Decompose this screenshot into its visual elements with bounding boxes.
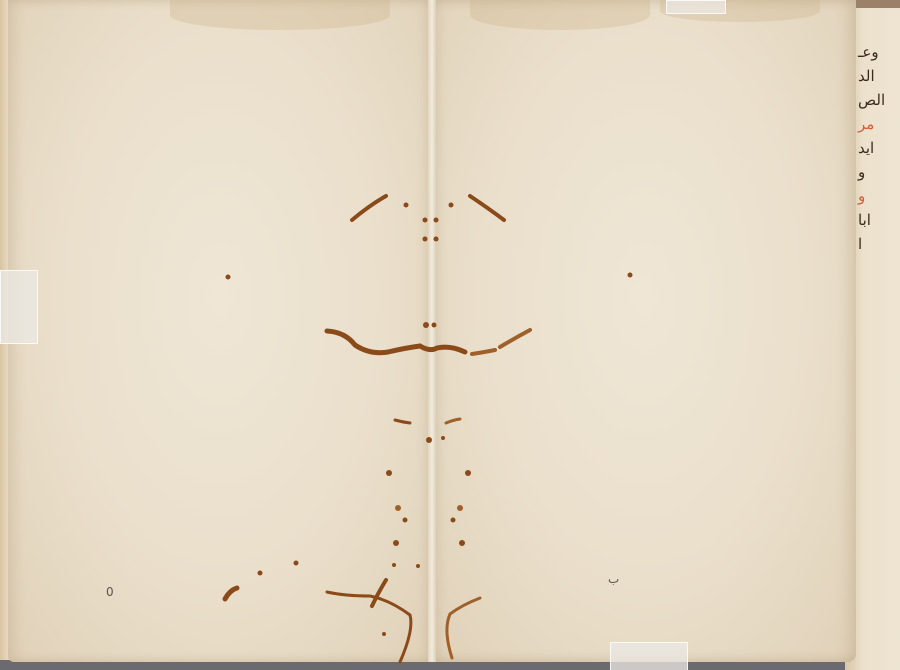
pencil-mark: ب — [608, 572, 619, 586]
pencil-numeral: 0 — [106, 585, 114, 599]
wormhole-damage — [0, 0, 900, 670]
manuscript-photo: وعـ الد الص مر ايد و و ابا ا — [0, 0, 900, 670]
